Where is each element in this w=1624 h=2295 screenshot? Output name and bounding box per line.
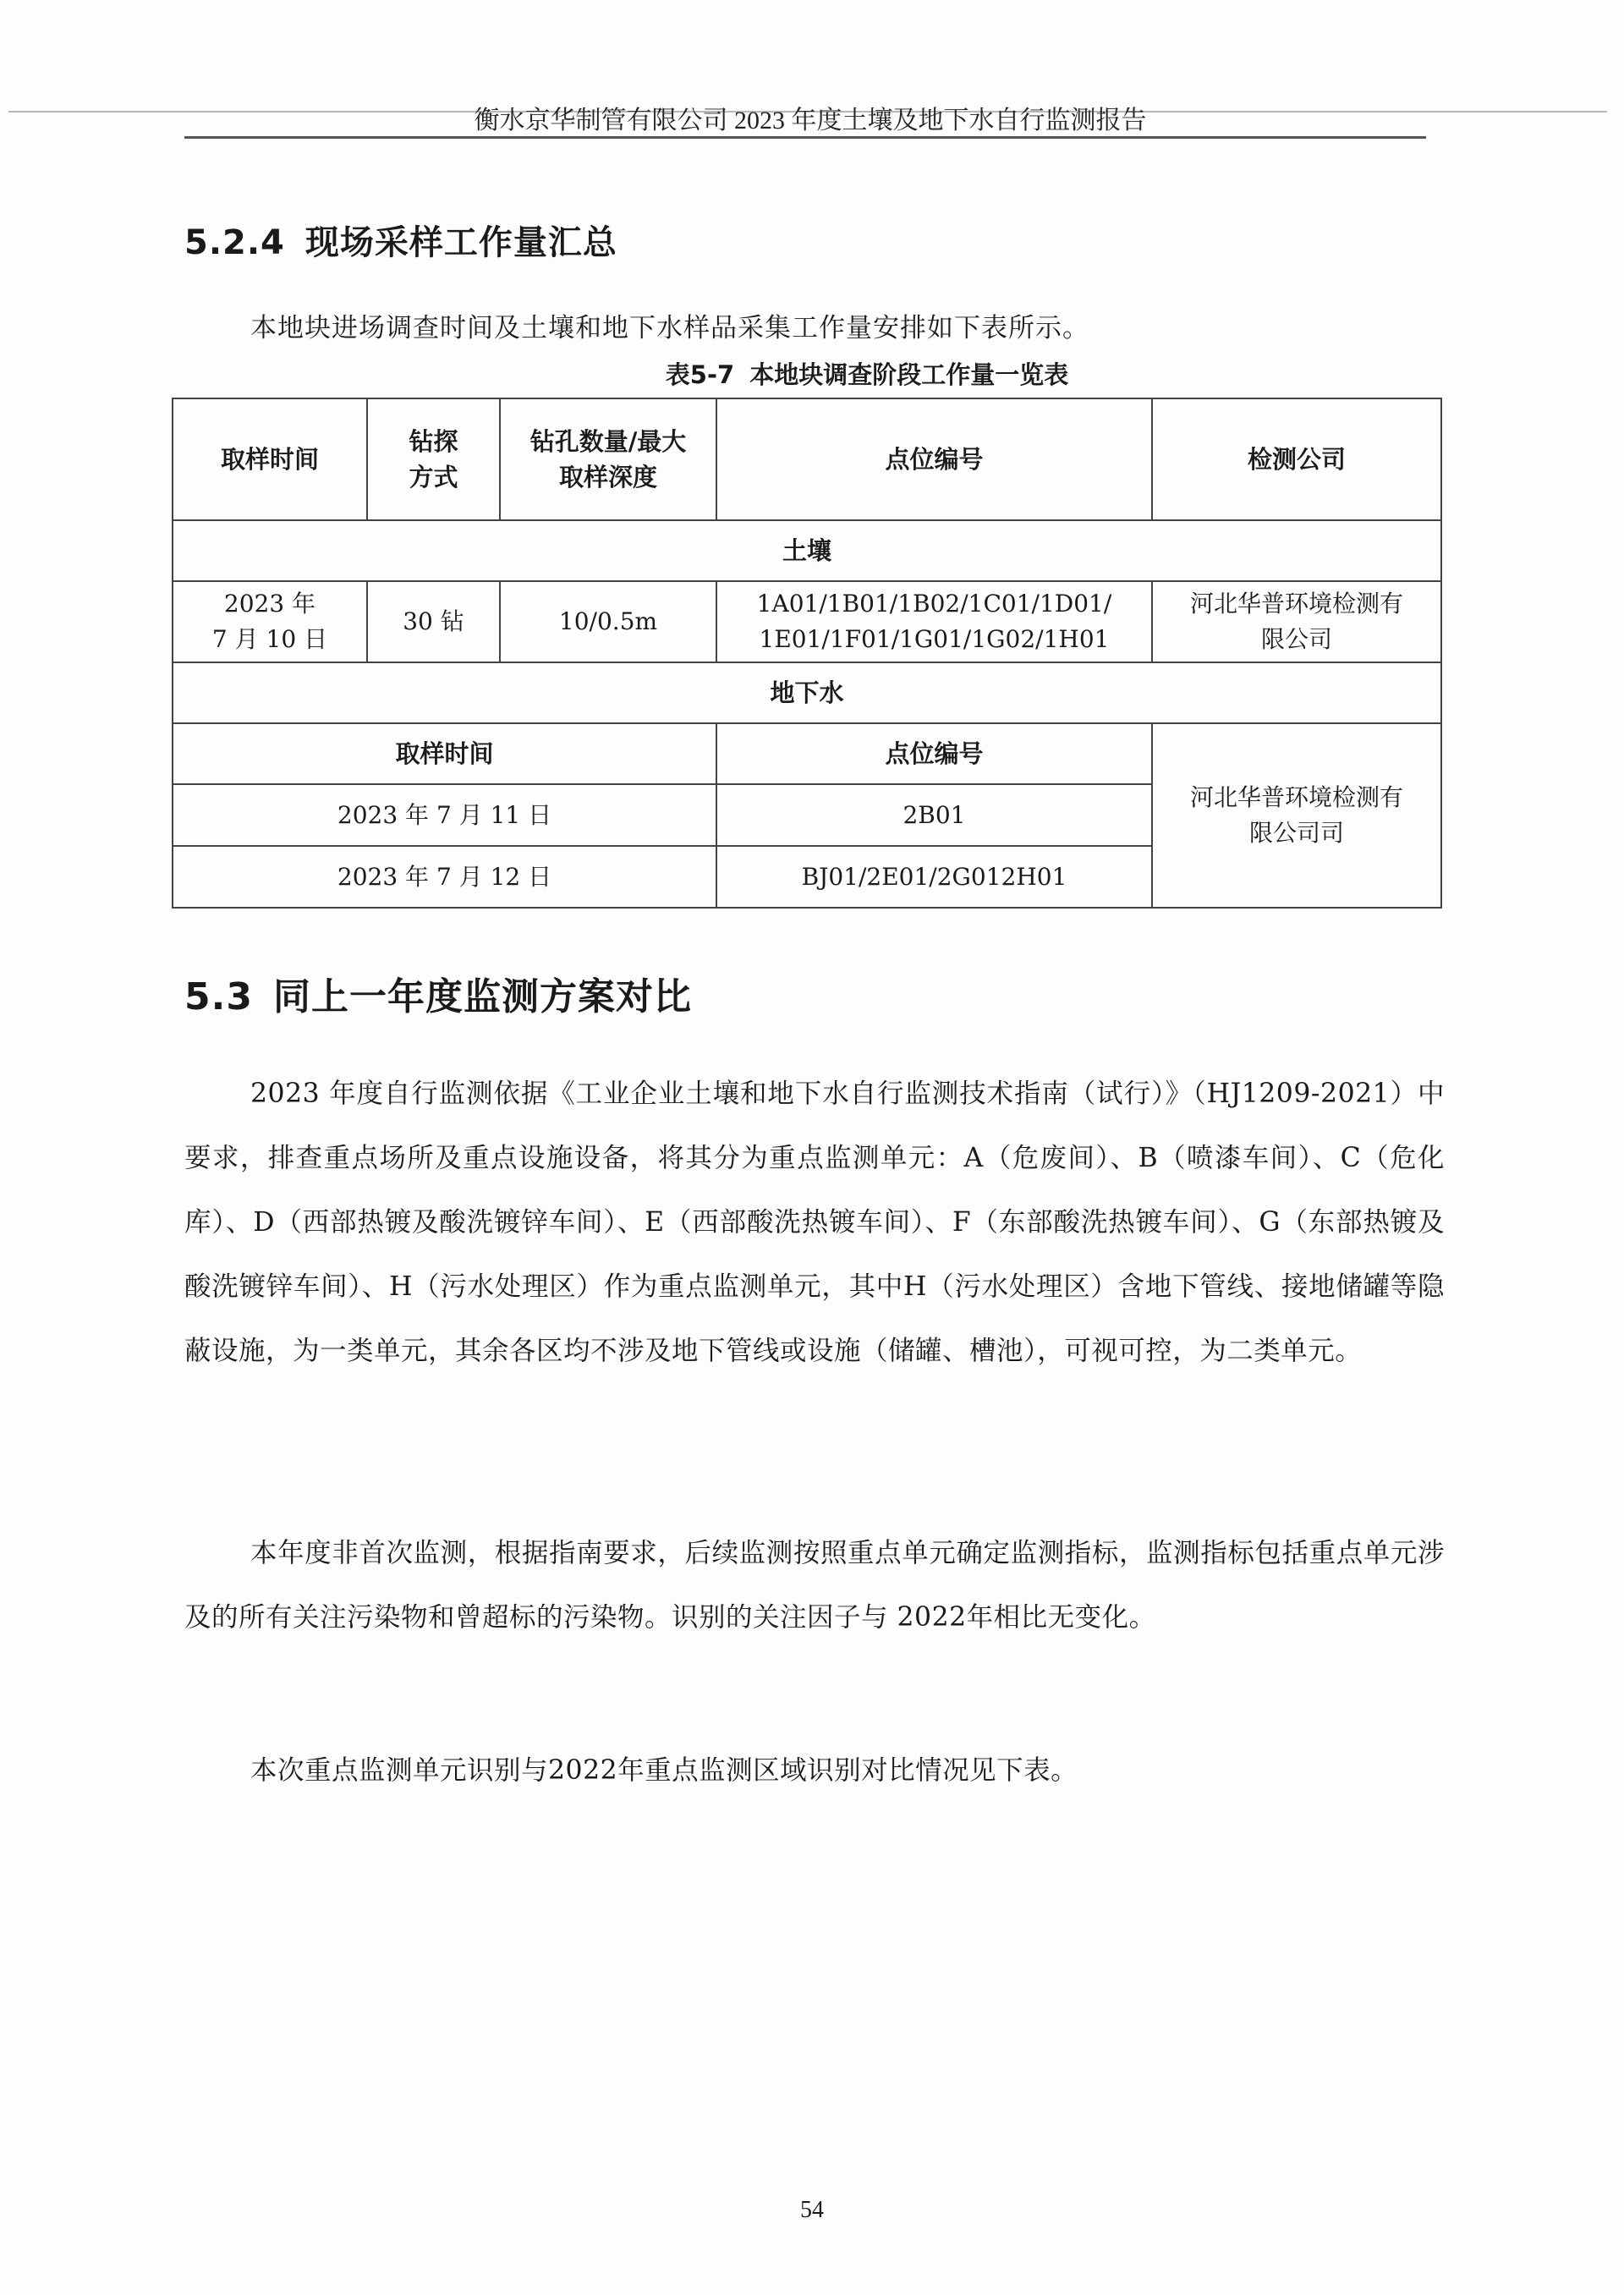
page-number: 54 <box>770 2197 854 2224</box>
body-paragraph: 本年度非首次监测，根据指南要求，后续监测按照重点单元确定监测指标，监测指标包括重… <box>184 1521 1445 1650</box>
cell-drill-method: 30 钻 <box>367 581 500 662</box>
col-header-point-id: 点位编号 <box>716 398 1152 520</box>
col-header-count-depth-line1: 钻孔数量/最大 <box>506 424 710 459</box>
gw-cell-company: 河北华普环境检测有 限公司司 <box>1152 723 1441 908</box>
table-row: 2023 年 7 月 10 日 30 钻 10/0.5m 1A01/1B01/1… <box>173 581 1441 662</box>
table-caption: 表5-7本地块调查阶段工作量一览表 <box>169 359 1455 391</box>
gw-cell-sample-date: 2023 年 7 月 11 日 <box>173 784 716 846</box>
gw-cell-point-ids: BJ01/2E01/2G012H01 <box>716 846 1152 908</box>
section-title: 同上一年度监测方案对比 <box>273 975 692 1018</box>
gw-cell-company-line2: 限公司司 <box>1158 815 1435 851</box>
gw-cell-sample-date: 2023 年 7 月 12 日 <box>173 846 716 908</box>
col-header-drill-method-line2: 方式 <box>373 459 494 495</box>
col-header-drill-method-line1: 钻探 <box>373 424 494 459</box>
section-number: 5.2.4 <box>184 223 285 262</box>
section-title: 现场采样工作量汇总 <box>305 223 617 262</box>
col-header-company: 检测公司 <box>1152 398 1441 520</box>
cell-company: 河北华普环境检测有 限公司 <box>1152 581 1441 662</box>
cell-point-ids-line1: 1A01/1B01/1B02/1C01/1D01/ <box>722 586 1146 622</box>
col-header-count-depth-line2: 取样深度 <box>506 459 710 495</box>
cell-sample-date-line2: 7 月 10 日 <box>178 622 361 657</box>
col-header-sample-time: 取样时间 <box>173 398 367 520</box>
section-row-soil: 土壤 <box>173 520 1441 581</box>
table-caption-title: 本地块调查阶段工作量一览表 <box>749 360 1068 389</box>
table-caption-number: 表5-7 <box>666 360 734 389</box>
cell-point-ids: 1A01/1B01/1B02/1C01/1D01/ 1E01/1F01/1G01… <box>716 581 1152 662</box>
table-header-row: 取样时间 钻探 方式 钻孔数量/最大 取样深度 点位编号 检测公司 <box>173 398 1441 520</box>
cell-company-line1: 河北华普环境检测有 <box>1158 586 1435 622</box>
section-label-soil: 土壤 <box>173 520 1441 581</box>
gw-cell-point-ids: 2B01 <box>716 784 1152 846</box>
section-heading-5-3: 5.3同上一年度监测方案对比 <box>184 975 692 1020</box>
body-paragraph: 本次重点监测单元识别与2022年重点监测区域识别对比情况见下表。 <box>184 1738 1445 1803</box>
cell-sample-date: 2023 年 7 月 10 日 <box>173 581 367 662</box>
cell-point-ids-line2: 1E01/1F01/1G01/1G02/1H01 <box>722 622 1146 657</box>
section-intro-text: 本地块进场调查时间及土壤和地下水样品采集工作量安排如下表所示。 <box>250 311 1089 345</box>
gw-col-header-sample-time: 取样时间 <box>173 723 716 784</box>
section-number: 5.3 <box>184 975 253 1018</box>
cell-company-line2: 限公司 <box>1158 622 1435 657</box>
col-header-count-depth: 钻孔数量/最大 取样深度 <box>500 398 716 520</box>
header-rule <box>184 136 1426 139</box>
groundwater-header-row: 取样时间 点位编号 河北华普环境检测有 限公司司 <box>173 723 1441 784</box>
section-label-groundwater: 地下水 <box>173 662 1441 723</box>
section-heading-5-2-4: 5.2.4现场采样工作量汇总 <box>184 222 617 264</box>
cell-sample-date-line1: 2023 年 <box>178 586 361 622</box>
running-header: 衡水京华制管有限公司 2023 年度土壤及地下水自行监测报告 <box>184 107 1436 135</box>
cell-count-depth: 10/0.5m <box>500 581 716 662</box>
body-paragraph: 2023 年度自行监测依据《工业企业土壤和地下水自行监测技术指南（试行）》（HJ… <box>184 1062 1445 1383</box>
gw-col-header-point-id: 点位编号 <box>716 723 1152 784</box>
workload-table: 取样时间 钻探 方式 钻孔数量/最大 取样深度 点位编号 检测公司 土壤 202… <box>172 398 1442 909</box>
gw-cell-company-line1: 河北华普环境检测有 <box>1158 780 1435 815</box>
section-row-groundwater: 地下水 <box>173 662 1441 723</box>
col-header-drill-method: 钻探 方式 <box>367 398 500 520</box>
